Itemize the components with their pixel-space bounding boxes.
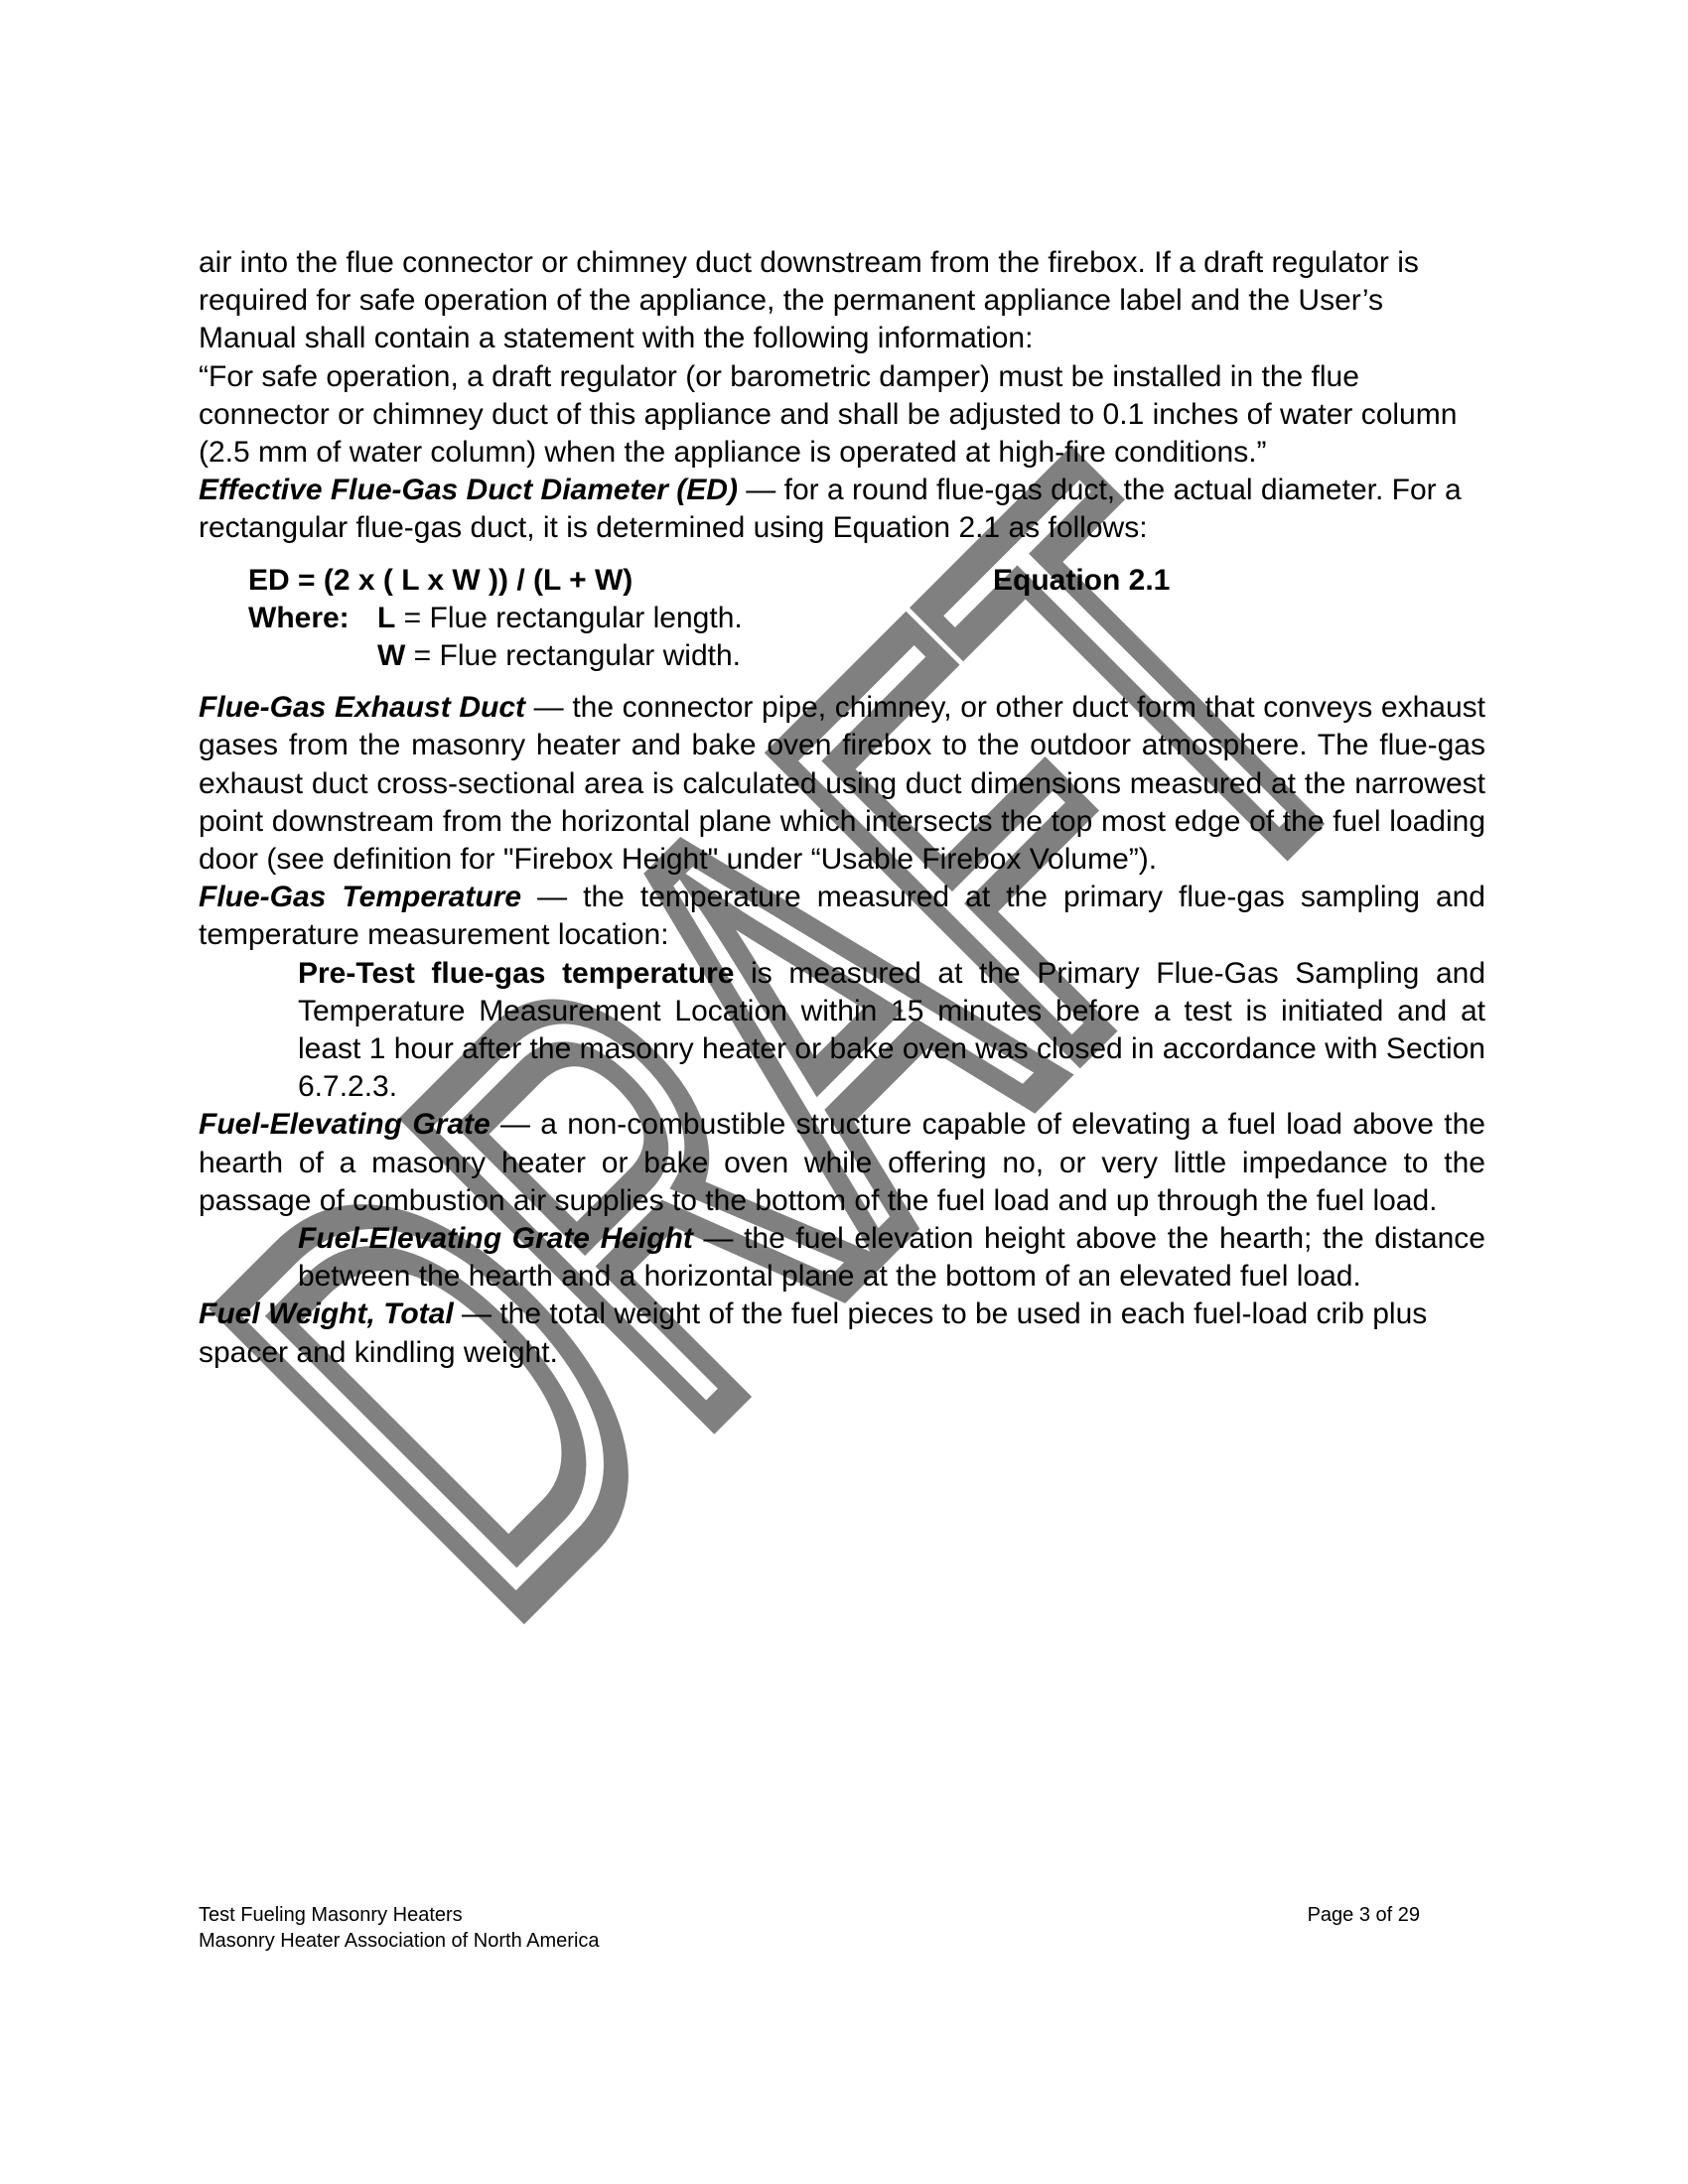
- equation-formula: ED = (2 x ( L x W )) / (L + W): [248, 562, 993, 600]
- definition-fuel-elevating-grate: Fuel-Elevating Grate — a non-combustible…: [199, 1106, 1485, 1220]
- definition-exhaust-duct: Flue-Gas Exhaust Duct — the connector pi…: [199, 689, 1485, 879]
- definition-fuel-weight: Fuel Weight, Total — the total weight of…: [199, 1296, 1430, 1371]
- var-symbol: L: [377, 602, 395, 634]
- definition-term: Fuel Weight, Total: [199, 1297, 454, 1330]
- definition-flue-gas-temperature: Flue-Gas Temperature — the temperature m…: [199, 879, 1485, 954]
- definition-term: Effective Flue-Gas Duct Diameter (ED): [199, 474, 738, 506]
- document-page: DRAFT air into the flue connector or chi…: [0, 0, 1688, 2184]
- var-desc: = Flue rectangular width.: [405, 639, 741, 672]
- where-label: Where:: [248, 600, 377, 637]
- definition-grate-height: Fuel-Elevating Grate Height — the fuel e…: [199, 1220, 1485, 1296]
- safety-quote: “For safe operation, a draft regulator (…: [199, 358, 1485, 473]
- var-desc: = Flue rectangular length.: [395, 602, 742, 634]
- definition-pretest-temperature: Pre-Test flue-gas temperature is measure…: [199, 955, 1485, 1107]
- definition-term: Flue-Gas Exhaust Duct: [199, 691, 525, 724]
- page-footer: Test Fueling Masonry Heaters Masonry Hea…: [199, 1902, 1420, 1954]
- footer-organization: Masonry Heater Association of North Amer…: [199, 1928, 1420, 1954]
- definition-term: Flue-Gas Temperature: [199, 881, 521, 913]
- equation-label: Equation 2.1: [993, 562, 1170, 600]
- definition-term: Fuel-Elevating Grate: [199, 1108, 491, 1141]
- document-body: air into the flue connector or chimney d…: [199, 244, 1485, 1372]
- intro-paragraph: air into the flue connector or chimney d…: [199, 244, 1485, 358]
- page-number: Page 3 of 29: [1308, 1902, 1420, 1928]
- definition-term: Fuel-Elevating Grate Height: [298, 1222, 693, 1255]
- equation-block: ED = (2 x ( L x W )) / (L + W) Equation …: [199, 562, 1485, 676]
- footer-title: Test Fueling Masonry Heaters: [199, 1902, 1420, 1928]
- definition-term: Pre-Test flue-gas temperature: [298, 957, 734, 990]
- var-symbol: W: [377, 639, 405, 672]
- definition-ed: Effective Flue-Gas Duct Diameter (ED) — …: [199, 472, 1485, 547]
